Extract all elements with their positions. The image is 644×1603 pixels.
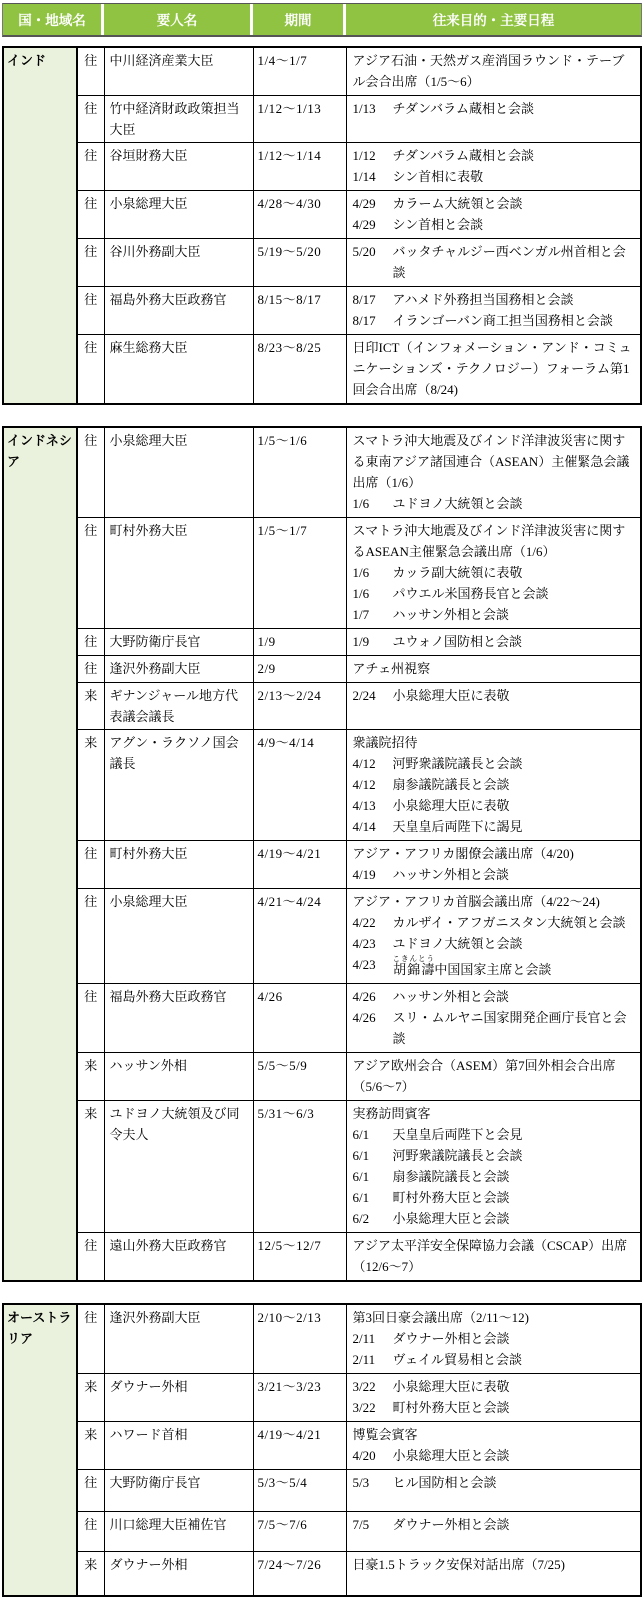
purpose-cell: 1/9ユウォノ国防相と会談 [346, 629, 641, 656]
purpose-cell: アジア欧州会合（ASEM）第7回外相会合出席（5/6～7） [346, 1053, 641, 1101]
purpose-line: 3/22町村外務大臣と会談 [353, 1397, 636, 1418]
purpose-line: アチェ州視察 [353, 658, 636, 679]
purpose-text: シン首相に表敬 [393, 166, 636, 187]
purpose-text: ハッサン外相と会談 [393, 986, 636, 1007]
purpose-text: ハッサン外相と会談 [393, 864, 636, 885]
purpose-text: 実務訪問賓客 [353, 1103, 636, 1124]
purpose-line: 実務訪問賓客 [353, 1103, 636, 1124]
direction-cell: 往 [77, 1304, 104, 1374]
purpose-cell: スマトラ沖大地震及びインド洋津波災害に関するASEAN主催緊急会議出席（1/6）… [346, 518, 641, 629]
period-cell: 4/26 [253, 984, 346, 1053]
period-cell: 8/23～8/25 [253, 335, 346, 405]
period-cell: 7/5～7/6 [253, 1512, 346, 1552]
purpose-text: カルザイ・アフガニスタン大統領と会談 [393, 912, 636, 933]
purpose-text: 河野衆議院議長と会談 [393, 753, 636, 774]
period-cell: 2/13～2/24 [253, 683, 346, 730]
purpose-text: 扇参議院議長と会談 [393, 1166, 636, 1187]
purpose-date: 4/12 [353, 753, 393, 774]
purpose-line: 6/2小泉総理大臣と会談 [353, 1208, 636, 1229]
purpose-text: 日印ICT（インフォメーション・アンド・コミュニケーションズ・テクノロジー）フォ… [353, 337, 636, 400]
purpose-line: 1/6ユドヨノ大統領と会談 [353, 493, 636, 514]
purpose-cell: 日豪1.5トラック安保対話出席（7/25) [346, 1552, 641, 1596]
purpose-date: 1/13 [353, 98, 393, 119]
direction-cell: 来 [77, 1053, 104, 1101]
purpose-text: チダンバラム蔵相と会談 [393, 98, 636, 119]
period-cell: 3/21～3/23 [253, 1374, 346, 1422]
purpose-date: 8/17 [353, 310, 393, 331]
region-table: オーストラリア往逢沢外務副大臣2/10～2/13第3回日豪会議出席（2/11～1… [2, 1303, 642, 1597]
table-row: インド往中川経済産業大臣1/4～1/7アジア石油・天然ガス産消国ラウンド・テーブ… [3, 47, 641, 96]
vip-name-cell: ハワード首相 [104, 1422, 253, 1470]
table-row: 来ハワード首相4/19～4/21博覧会賓客4/20小泉総理大臣と会談 [3, 1422, 641, 1470]
vip-name-cell: 小泉総理大臣 [104, 889, 253, 984]
period-cell: 7/24～7/26 [253, 1552, 346, 1596]
header-period: 期間 [253, 4, 346, 35]
purpose-text: 日豪1.5トラック安保対話出席（7/25) [353, 1554, 636, 1575]
table-row: 往川口総理大臣補佐官7/5～7/67/5ダウナー外相と会談 [3, 1512, 641, 1552]
purpose-date: 4/26 [353, 986, 393, 1007]
direction-cell: 往 [77, 239, 104, 287]
purpose-line: 4/19ハッサン外相と会談 [353, 864, 636, 885]
purpose-text: 小泉総理大臣に表敬 [393, 1376, 636, 1397]
period-cell: 5/19～5/20 [253, 239, 346, 287]
purpose-cell: 実務訪問賓客6/1天皇皇后両陛下と会見6/1河野衆議院議長と会談6/1扇参議院議… [346, 1101, 641, 1233]
purpose-text: スリ・ムルヤニ国家開発企画庁長官と会談 [393, 1007, 636, 1049]
period-cell: 1/4～1/7 [253, 47, 346, 96]
direction-cell: 往 [77, 1512, 104, 1552]
purpose-cell: 博覧会賓客4/20小泉総理大臣と会談 [346, 1422, 641, 1470]
purpose-line: 1/7ハッサン外相と会談 [353, 604, 636, 625]
direction-cell: 往 [77, 889, 104, 984]
purpose-date: 1/14 [353, 166, 393, 187]
purpose-date: 4/12 [353, 774, 393, 795]
direction-cell: 往 [77, 841, 104, 889]
table-row: 往町村外務大臣1/5～1/7スマトラ沖大地震及びインド洋津波災害に関するASEA… [3, 518, 641, 629]
table-row: 来アグン・ラクソノ国会議長4/9～4/14衆議院招待4/12河野衆議院議長と会談… [3, 730, 641, 841]
table-row: 往小泉総理大臣4/28～4/304/29カラーム大統領と会談4/29シン首相と会… [3, 191, 641, 239]
purpose-line: 博覧会賓客 [353, 1424, 636, 1445]
header-vip-name: 要人名 [104, 4, 253, 35]
direction-cell: 往 [77, 629, 104, 656]
purpose-text: ヴェイル貿易相と会談 [393, 1349, 636, 1370]
purpose-date: 4/29 [353, 193, 393, 214]
vip-name-cell: 遠山外務大臣政務官 [104, 1233, 253, 1282]
period-cell: 5/3～5/4 [253, 1470, 346, 1512]
purpose-date: 2/11 [353, 1328, 393, 1349]
header-purpose: 往来目的・主要日程 [346, 4, 641, 35]
purpose-cell: 2/24小泉総理大臣に表敬 [346, 683, 641, 730]
purpose-date: 6/1 [353, 1166, 393, 1187]
purpose-text: 扇参議院議長と会談 [393, 774, 636, 795]
ruby-reading: こきんとう [393, 954, 436, 963]
purpose-text: 小泉総理大臣と会談 [393, 1208, 636, 1229]
purpose-text: 小泉総理大臣に表敬 [393, 685, 636, 706]
purpose-line: 8/17イランゴーバン商工担当国務相と会談 [353, 310, 636, 331]
period-cell: 2/10～2/13 [253, 1304, 346, 1374]
vip-name-cell: 福島外務大臣政務官 [104, 287, 253, 335]
purpose-line: 4/12扇参議院議長と会談 [353, 774, 636, 795]
purpose-line: 4/13小泉総理大臣に表敬 [353, 795, 636, 816]
vip-name-cell: 逢沢外務副大臣 [104, 656, 253, 683]
purpose-cell: 5/3ヒル国防相と会談 [346, 1470, 641, 1512]
period-cell: 5/31～6/3 [253, 1101, 346, 1233]
vip-name-cell: 麻生総務大臣 [104, 335, 253, 405]
purpose-line: 1/12チダンバラム蔵相と会談 [353, 145, 636, 166]
vip-name-cell: ギナンジャール地方代表議会議長 [104, 683, 253, 730]
purpose-line: 第3回日豪会議出席（2/11～12) [353, 1307, 636, 1328]
direction-cell: 往 [77, 96, 104, 143]
table-row: 往町村外務大臣4/19～4/21アジア・アフリカ閣僚会議出席（4/20)4/19… [3, 841, 641, 889]
period-cell: 1/9 [253, 629, 346, 656]
direction-cell: 往 [77, 518, 104, 629]
direction-cell: 往 [77, 335, 104, 405]
direction-cell: 往 [77, 1470, 104, 1512]
purpose-line: 3/22小泉総理大臣に表敬 [353, 1376, 636, 1397]
table-row: インドネシア往小泉総理大臣1/5～1/6スマトラ沖大地震及びインド洋津波災害に関… [3, 427, 641, 518]
purpose-cell: アジア・アフリカ首脳会議出席（4/22～24)4/22カルザイ・アフガニスタン大… [346, 889, 641, 984]
purpose-text: 天皇皇后両陛下に謁見 [393, 816, 636, 837]
purpose-text: スマトラ沖大地震及びインド洋津波災害に関する東南アジア諸国連合（ASEAN）主催… [353, 430, 636, 493]
purpose-date: 1/6 [353, 562, 393, 583]
table-row: 来ギナンジャール地方代表議会議長2/13～2/242/24小泉総理大臣に表敬 [3, 683, 641, 730]
direction-cell: 来 [77, 1422, 104, 1470]
vip-name-cell: ハッサン外相 [104, 1053, 253, 1101]
period-cell: 2/9 [253, 656, 346, 683]
region-table: インドネシア往小泉総理大臣1/5～1/6スマトラ沖大地震及びインド洋津波災害に関… [2, 426, 642, 1282]
purpose-text: ダウナー外相と会談 [393, 1328, 636, 1349]
purpose-text: アジア石油・天然ガス産消国ラウンド・テーブル会合出席（1/5～6） [353, 50, 636, 92]
purpose-date: 2/24 [353, 685, 393, 706]
region-name: インドネシア [3, 427, 77, 1281]
purpose-text: カッラ副大統領に表敬 [393, 562, 636, 583]
period-cell: 4/28～4/30 [253, 191, 346, 239]
purpose-line: アジア石油・天然ガス産消国ラウンド・テーブル会合出席（1/5～6） [353, 50, 636, 92]
purpose-text: ハッサン外相と会談 [393, 604, 636, 625]
purpose-line: 4/26スリ・ムルヤニ国家開発企画庁長官と会談 [353, 1007, 636, 1049]
purpose-text: 胡錦濤こきんとう中国国家主席と会談 [393, 954, 636, 980]
purpose-line: アジア・アフリカ閣僚会議出席（4/20) [353, 843, 636, 864]
purpose-text: アチェ州視察 [353, 658, 636, 679]
purpose-line: 8/17アハメド外務担当国務相と会談 [353, 289, 636, 310]
purpose-text: 天皇皇后両陛下と会見 [393, 1124, 636, 1145]
purpose-text: 小泉総理大臣と会談 [393, 1445, 636, 1466]
purpose-line: 1/6カッラ副大統領に表敬 [353, 562, 636, 583]
vip-name-cell: 福島外務大臣政務官 [104, 984, 253, 1053]
document-page: 国・地域名 要人名 期間 往来目的・主要日程 インド往中川経済産業大臣1/4～1… [0, 0, 644, 1603]
purpose-text: 町村外務大臣と会談 [393, 1397, 636, 1418]
period-cell: 4/21～4/24 [253, 889, 346, 984]
purpose-text: アジア・アフリカ閣僚会議出席（4/20) [353, 843, 636, 864]
purpose-date: 4/22 [353, 912, 393, 933]
table-header: 国・地域名 要人名 期間 往来目的・主要日程 [2, 3, 642, 37]
purpose-text: 小泉総理大臣に表敬 [393, 795, 636, 816]
purpose-date: 7/5 [353, 1514, 393, 1535]
purpose-line: 2/11ダウナー外相と会談 [353, 1328, 636, 1349]
purpose-cell: アジア・アフリカ閣僚会議出席（4/20)4/19ハッサン外相と会談 [346, 841, 641, 889]
purpose-cell: 日印ICT（インフォメーション・アンド・コミュニケーションズ・テクノロジー）フォ… [346, 335, 641, 405]
purpose-date: 5/3 [353, 1472, 393, 1493]
purpose-date: 6/1 [353, 1187, 393, 1208]
table-row: 往谷垣財務大臣1/12～1/141/12チダンバラム蔵相と会談1/14シン首相に… [3, 143, 641, 191]
purpose-line: 7/5ダウナー外相と会談 [353, 1514, 636, 1535]
vip-name-cell: アグン・ラクソノ国会議長 [104, 730, 253, 841]
purpose-text: 町村外務大臣と会談 [393, 1187, 636, 1208]
region-name: オーストラリア [3, 1304, 77, 1596]
purpose-cell: 1/12チダンバラム蔵相と会談1/14シン首相に表敬 [346, 143, 641, 191]
purpose-date: 4/19 [353, 864, 393, 885]
vip-name-cell: 竹中経済財政政策担当大臣 [104, 96, 253, 143]
vip-name-cell: 町村外務大臣 [104, 518, 253, 629]
region-name: インド [3, 47, 77, 404]
vip-name-cell: 大野防衛庁長官 [104, 1470, 253, 1512]
table-row: 来ユドヨノ大統領及び同令夫人5/31～6/3実務訪問賓客6/1天皇皇后両陛下と会… [3, 1101, 641, 1233]
table-row: 往小泉総理大臣4/21～4/24アジア・アフリカ首脳会議出席（4/22～24)4… [3, 889, 641, 984]
purpose-date: 3/22 [353, 1397, 393, 1418]
purpose-text: チダンバラム蔵相と会談 [393, 145, 636, 166]
direction-cell: 来 [77, 1101, 104, 1233]
purpose-text: カラーム大統領と会談 [393, 193, 636, 214]
table-row: 往遠山外務大臣政務官12/5～12/7アジア太平洋安全保障協力会議（CSCAP）… [3, 1233, 641, 1282]
purpose-date: 3/22 [353, 1376, 393, 1397]
purpose-line: 1/13チダンバラム蔵相と会談 [353, 98, 636, 119]
purpose-text: ユドヨノ大統領と会談 [393, 933, 636, 954]
purpose-date: 8/17 [353, 289, 393, 310]
region-table: インド往中川経済産業大臣1/4～1/7アジア石油・天然ガス産消国ラウンド・テーブ… [2, 46, 642, 405]
purpose-text: アジア欧州会合（ASEM）第7回外相会合出席（5/6～7） [353, 1055, 636, 1097]
purpose-text: 第3回日豪会議出席（2/11～12) [353, 1307, 636, 1328]
vip-name-cell: 逢沢外務副大臣 [104, 1304, 253, 1374]
period-cell: 12/5～12/7 [253, 1233, 346, 1282]
table-row: 往福島外務大臣政務官8/15～8/178/17アハメド外務担当国務相と会談8/1… [3, 287, 641, 335]
purpose-date: 4/29 [353, 214, 393, 235]
period-cell: 4/19～4/21 [253, 1422, 346, 1470]
region-tables-container: インド往中川経済産業大臣1/4～1/7アジア石油・天然ガス産消国ラウンド・テーブ… [2, 46, 642, 1597]
purpose-text-after-ruby: 中国国家主席と会談 [434, 962, 551, 977]
period-cell: 1/5～1/6 [253, 427, 346, 518]
purpose-date: 4/23 [353, 954, 393, 975]
purpose-text: イランゴーバン商工担当国務相と会談 [393, 310, 636, 331]
ruby-annotation: 胡錦濤こきんとう [393, 962, 435, 977]
direction-cell: 来 [77, 1552, 104, 1596]
purpose-line: 1/14シン首相に表敬 [353, 166, 636, 187]
direction-cell: 往 [77, 191, 104, 239]
table-row: 来ダウナー外相3/21～3/233/22小泉総理大臣に表敬3/22町村外務大臣と… [3, 1374, 641, 1422]
vip-name-cell: ダウナー外相 [104, 1374, 253, 1422]
table-row: 往逢沢外務副大臣2/9アチェ州視察 [3, 656, 641, 683]
direction-cell: 往 [77, 427, 104, 518]
direction-cell: 往 [77, 143, 104, 191]
purpose-line: 4/22カルザイ・アフガニスタン大統領と会談 [353, 912, 636, 933]
purpose-cell: 4/29カラーム大統領と会談4/29シン首相と会談 [346, 191, 641, 239]
purpose-text: 衆議院招待 [353, 732, 636, 753]
purpose-line: 5/20バッタチャルジー西ベンガル州首相と会談 [353, 241, 636, 283]
purpose-line: 5/3ヒル国防相と会談 [353, 1472, 636, 1493]
table-row: 往大野防衛庁長官5/3～5/45/3ヒル国防相と会談 [3, 1470, 641, 1512]
purpose-cell: スマトラ沖大地震及びインド洋津波災害に関する東南アジア諸国連合（ASEAN）主催… [346, 427, 641, 518]
purpose-date: 4/23 [353, 933, 393, 954]
purpose-cell: 衆議院招待4/12河野衆議院議長と会談4/12扇参議院議長と会談4/13小泉総理… [346, 730, 641, 841]
purpose-line: 2/11ヴェイル貿易相と会談 [353, 1349, 636, 1370]
ruby-base: 胡錦濤 [393, 962, 436, 977]
purpose-text: スマトラ沖大地震及びインド洋津波災害に関するASEAN主催緊急会議出席（1/6） [353, 520, 636, 562]
purpose-cell: 7/5ダウナー外相と会談 [346, 1512, 641, 1552]
direction-cell: 往 [77, 287, 104, 335]
purpose-date: 6/2 [353, 1208, 393, 1229]
purpose-date: 4/13 [353, 795, 393, 816]
purpose-line: 4/29シン首相と会談 [353, 214, 636, 235]
purpose-line: 4/29カラーム大統領と会談 [353, 193, 636, 214]
table-row: 往谷川外務副大臣5/19～5/205/20バッタチャルジー西ベンガル州首相と会談 [3, 239, 641, 287]
purpose-date: 1/12 [353, 145, 393, 166]
purpose-line: 2/24小泉総理大臣に表敬 [353, 685, 636, 706]
purpose-text: パウエル米国務長官と会談 [393, 583, 636, 604]
direction-cell: 往 [77, 656, 104, 683]
purpose-cell: 1/13チダンバラム蔵相と会談 [346, 96, 641, 143]
purpose-line: 1/9ユウォノ国防相と会談 [353, 631, 636, 652]
purpose-cell: 5/20バッタチャルジー西ベンガル州首相と会談 [346, 239, 641, 287]
vip-name-cell: 小泉総理大臣 [104, 191, 253, 239]
purpose-text: シン首相と会談 [393, 214, 636, 235]
purpose-cell: 4/26ハッサン外相と会談4/26スリ・ムルヤニ国家開発企画庁長官と会談 [346, 984, 641, 1053]
purpose-text: アジア太平洋安全保障協力会議（CSCAP）出席（12/6～7） [353, 1235, 636, 1277]
direction-cell: 往 [77, 1233, 104, 1282]
purpose-text: ダウナー外相と会談 [393, 1514, 636, 1535]
purpose-line: 日豪1.5トラック安保対話出席（7/25) [353, 1554, 636, 1575]
purpose-text: ユドヨノ大統領と会談 [393, 493, 636, 514]
purpose-line: スマトラ沖大地震及びインド洋津波災害に関するASEAN主催緊急会議出席（1/6） [353, 520, 636, 562]
period-cell: 8/15～8/17 [253, 287, 346, 335]
period-cell: 4/9～4/14 [253, 730, 346, 841]
table-row: オーストラリア往逢沢外務副大臣2/10～2/13第3回日豪会議出席（2/11～1… [3, 1304, 641, 1374]
period-cell: 1/5～1/7 [253, 518, 346, 629]
purpose-date: 1/6 [353, 493, 393, 514]
purpose-cell: アチェ州視察 [346, 656, 641, 683]
header-country-region: 国・地域名 [3, 4, 104, 35]
period-cell: 1/12～1/13 [253, 96, 346, 143]
purpose-line: 4/23ユドヨノ大統領と会談 [353, 933, 636, 954]
direction-cell: 往 [77, 984, 104, 1053]
purpose-date: 5/20 [353, 241, 393, 262]
purpose-line: 4/14天皇皇后両陛下に謁見 [353, 816, 636, 837]
period-cell: 1/12～1/14 [253, 143, 346, 191]
purpose-cell: 第3回日豪会議出席（2/11～12)2/11ダウナー外相と会談2/11ヴェイル貿… [346, 1304, 641, 1374]
purpose-line: 4/23胡錦濤こきんとう中国国家主席と会談 [353, 954, 636, 980]
purpose-line: アジア・アフリカ首脳会議出席（4/22～24) [353, 891, 636, 912]
purpose-text: ユウォノ国防相と会談 [393, 631, 636, 652]
purpose-date: 6/1 [353, 1124, 393, 1145]
table-row: 来ハッサン外相5/5～5/9アジア欧州会合（ASEM）第7回外相会合出席（5/6… [3, 1053, 641, 1101]
purpose-cell: アジア太平洋安全保障協力会議（CSCAP）出席（12/6～7） [346, 1233, 641, 1282]
purpose-date: 1/9 [353, 631, 393, 652]
table-row: 往竹中経済財政政策担当大臣1/12～1/131/13チダンバラム蔵相と会談 [3, 96, 641, 143]
purpose-line: 4/12河野衆議院議長と会談 [353, 753, 636, 774]
direction-cell: 来 [77, 683, 104, 730]
purpose-line: 衆議院招待 [353, 732, 636, 753]
purpose-date: 6/1 [353, 1145, 393, 1166]
purpose-text: バッタチャルジー西ベンガル州首相と会談 [393, 241, 636, 283]
purpose-date: 4/14 [353, 816, 393, 837]
direction-cell: 来 [77, 1374, 104, 1422]
vip-name-cell: ダウナー外相 [104, 1552, 253, 1596]
period-cell: 5/5～5/9 [253, 1053, 346, 1101]
table-row: 来ダウナー外相7/24～7/26日豪1.5トラック安保対話出席（7/25) [3, 1552, 641, 1596]
purpose-line: 6/1天皇皇后両陛下と会見 [353, 1124, 636, 1145]
period-cell: 4/19～4/21 [253, 841, 346, 889]
vip-name-cell: 大野防衛庁長官 [104, 629, 253, 656]
purpose-line: 6/1町村外務大臣と会談 [353, 1187, 636, 1208]
vip-name-cell: 谷垣財務大臣 [104, 143, 253, 191]
purpose-line: 日印ICT（インフォメーション・アンド・コミュニケーションズ・テクノロジー）フォ… [353, 337, 636, 400]
direction-cell: 往 [77, 47, 104, 96]
purpose-line: 4/26ハッサン外相と会談 [353, 986, 636, 1007]
purpose-text: ヒル国防相と会談 [393, 1472, 636, 1493]
purpose-text: 博覧会賓客 [353, 1424, 636, 1445]
table-row: 往大野防衛庁長官1/91/9ユウォノ国防相と会談 [3, 629, 641, 656]
vip-name-cell: 町村外務大臣 [104, 841, 253, 889]
purpose-date: 4/20 [353, 1445, 393, 1466]
vip-name-cell: 谷川外務副大臣 [104, 239, 253, 287]
purpose-line: 1/6パウエル米国務長官と会談 [353, 583, 636, 604]
purpose-text: 河野衆議院議長と会談 [393, 1145, 636, 1166]
table-row: 往麻生総務大臣8/23～8/25日印ICT（インフォメーション・アンド・コミュニ… [3, 335, 641, 405]
purpose-date: 2/11 [353, 1349, 393, 1370]
direction-cell: 来 [77, 730, 104, 841]
purpose-text: アジア・アフリカ首脳会議出席（4/22～24) [353, 891, 636, 912]
purpose-cell: 8/17アハメド外務担当国務相と会談8/17イランゴーバン商工担当国務相と会談 [346, 287, 641, 335]
purpose-text: アハメド外務担当国務相と会談 [393, 289, 636, 310]
vip-name-cell: 川口総理大臣補佐官 [104, 1512, 253, 1552]
purpose-line: 4/20小泉総理大臣と会談 [353, 1445, 636, 1466]
vip-name-cell: ユドヨノ大統領及び同令夫人 [104, 1101, 253, 1233]
purpose-date: 1/6 [353, 583, 393, 604]
vip-name-cell: 中川経済産業大臣 [104, 47, 253, 96]
purpose-cell: 3/22小泉総理大臣に表敬3/22町村外務大臣と会談 [346, 1374, 641, 1422]
purpose-line: 6/1扇参議院議長と会談 [353, 1166, 636, 1187]
purpose-line: スマトラ沖大地震及びインド洋津波災害に関する東南アジア諸国連合（ASEAN）主催… [353, 430, 636, 493]
purpose-line: アジア欧州会合（ASEM）第7回外相会合出席（5/6～7） [353, 1055, 636, 1097]
purpose-cell: アジア石油・天然ガス産消国ラウンド・テーブル会合出席（1/5～6） [346, 47, 641, 96]
purpose-date: 1/7 [353, 604, 393, 625]
table-row: 往福島外務大臣政務官4/264/26ハッサン外相と会談4/26スリ・ムルヤニ国家… [3, 984, 641, 1053]
purpose-line: アジア太平洋安全保障協力会議（CSCAP）出席（12/6～7） [353, 1235, 636, 1277]
purpose-date: 4/26 [353, 1007, 393, 1028]
purpose-line: 6/1河野衆議院議長と会談 [353, 1145, 636, 1166]
vip-name-cell: 小泉総理大臣 [104, 427, 253, 518]
